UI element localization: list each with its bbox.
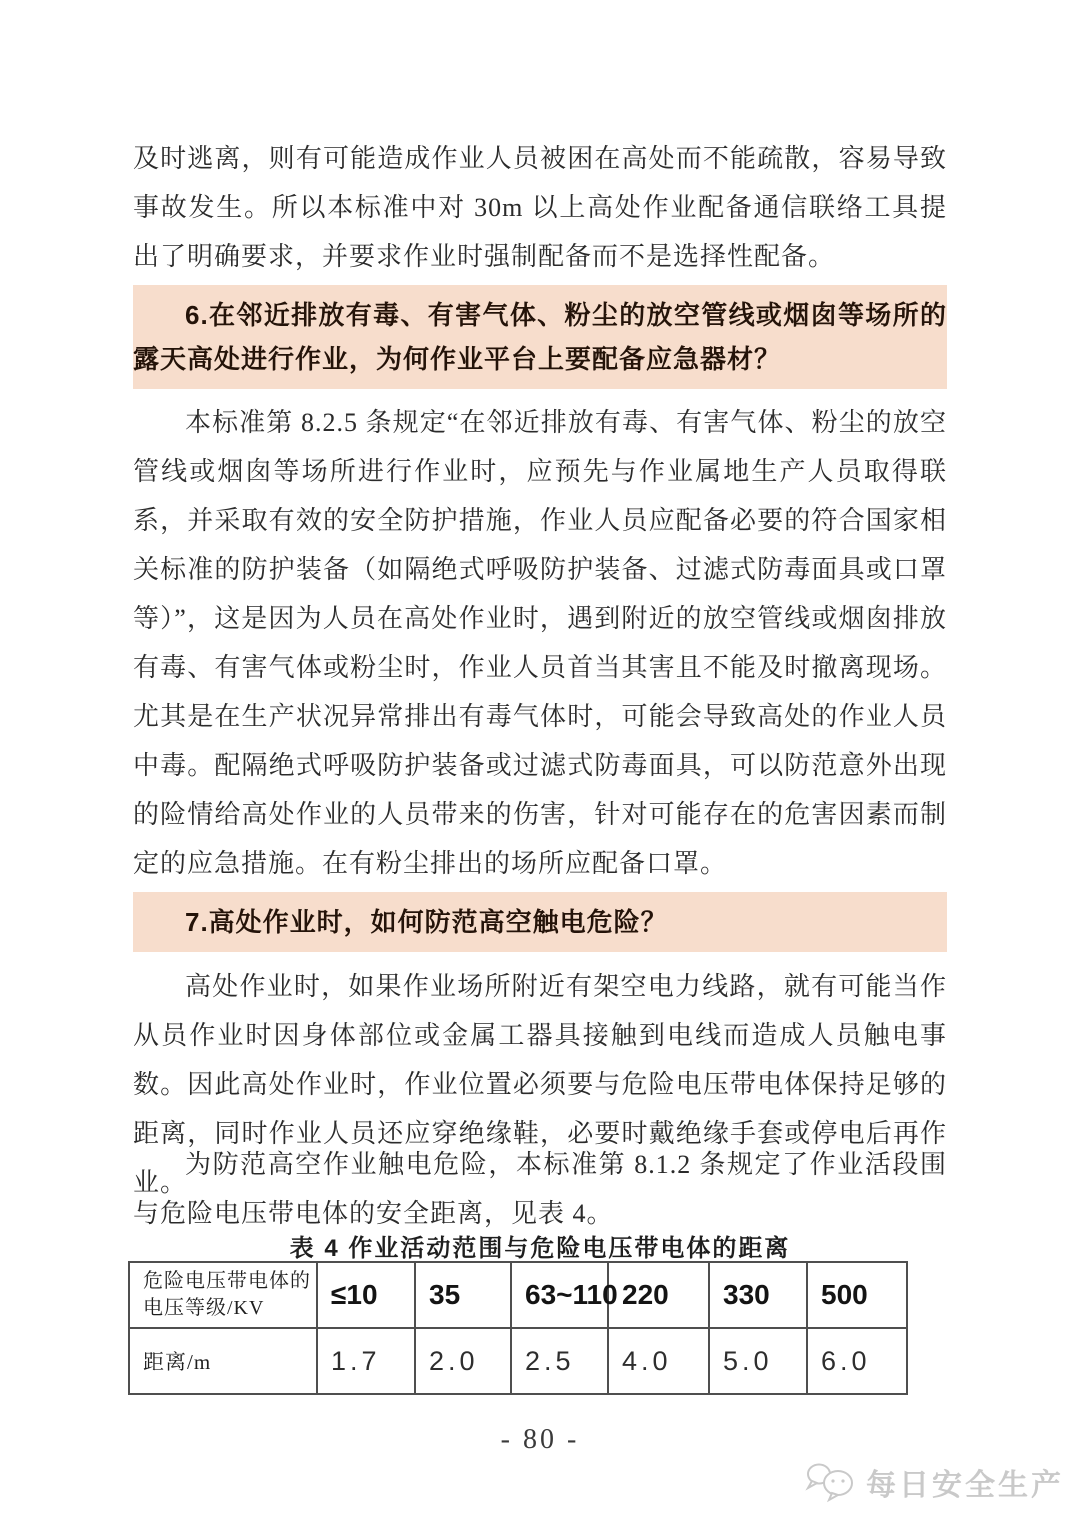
voltage-level-cell: ≤10 xyxy=(317,1262,415,1328)
voltage-level-cell: 500 xyxy=(807,1262,907,1328)
distance-cell: 2.5 xyxy=(511,1328,608,1394)
section-7-body-2: 为防范高空作业触电危险，本标准第 8.1.2 条规定了作业活段围与危险电压带电体… xyxy=(133,1140,947,1238)
voltage-level-header-line2: 电压等级/KV xyxy=(143,1295,316,1322)
distance-cell: 2.0 xyxy=(415,1328,511,1394)
section-6-heading: 6.在邻近排放有毒、有害气体、粉尘的放空管线或烟囱等场所的露天高处进行作业，为何… xyxy=(133,285,947,389)
voltage-level-cell: 35 xyxy=(415,1262,511,1328)
voltage-distance-table: 危险电压带电体的 电压等级/KV ≤10 35 63~110 220 330 5… xyxy=(128,1261,908,1395)
section-7-heading: 7.高处作业时，如何防范高空触电危险？ xyxy=(133,892,947,952)
table-row: 危险电压带电体的 电压等级/KV ≤10 35 63~110 220 330 5… xyxy=(129,1262,907,1328)
table-row: 距离/m 1.7 2.0 2.5 4.0 5.0 6.0 xyxy=(129,1328,907,1394)
wechat-chat-bubbles-icon xyxy=(804,1461,858,1503)
distance-cell: 4.0 xyxy=(608,1328,709,1394)
distance-header-cell: 距离/m xyxy=(129,1328,317,1394)
distance-cell: 5.0 xyxy=(709,1328,807,1394)
watermark-brand-text: 每日安全生产 xyxy=(866,1460,1064,1504)
page-number: - 80 - xyxy=(0,1424,1080,1456)
distance-cell: 6.0 xyxy=(807,1328,907,1394)
section-6-body: 本标准第 8.2.5 条规定“在邻近排放有毒、有害气体、粉尘的放空管线或烟囱等场… xyxy=(133,398,947,888)
voltage-level-cell: 330 xyxy=(709,1262,807,1328)
voltage-level-header-line1: 危险电压带电体的 xyxy=(143,1268,316,1295)
voltage-level-cell: 220 xyxy=(608,1262,709,1328)
watermark: 每日安全生产 xyxy=(804,1460,1064,1504)
table-caption: 表 4 作业活动范围与危险电压带电体的距离 xyxy=(133,1228,947,1263)
voltage-level-header-cell: 危险电压带电体的 电压等级/KV xyxy=(129,1262,317,1328)
distance-cell: 1.7 xyxy=(317,1328,415,1394)
voltage-level-cell: 63~110 xyxy=(511,1262,608,1328)
intro-paragraph: 及时逃离，则有可能造成作业人员被困在高处而不能疏散，容易导致事故发生。所以本标准… xyxy=(133,134,947,281)
